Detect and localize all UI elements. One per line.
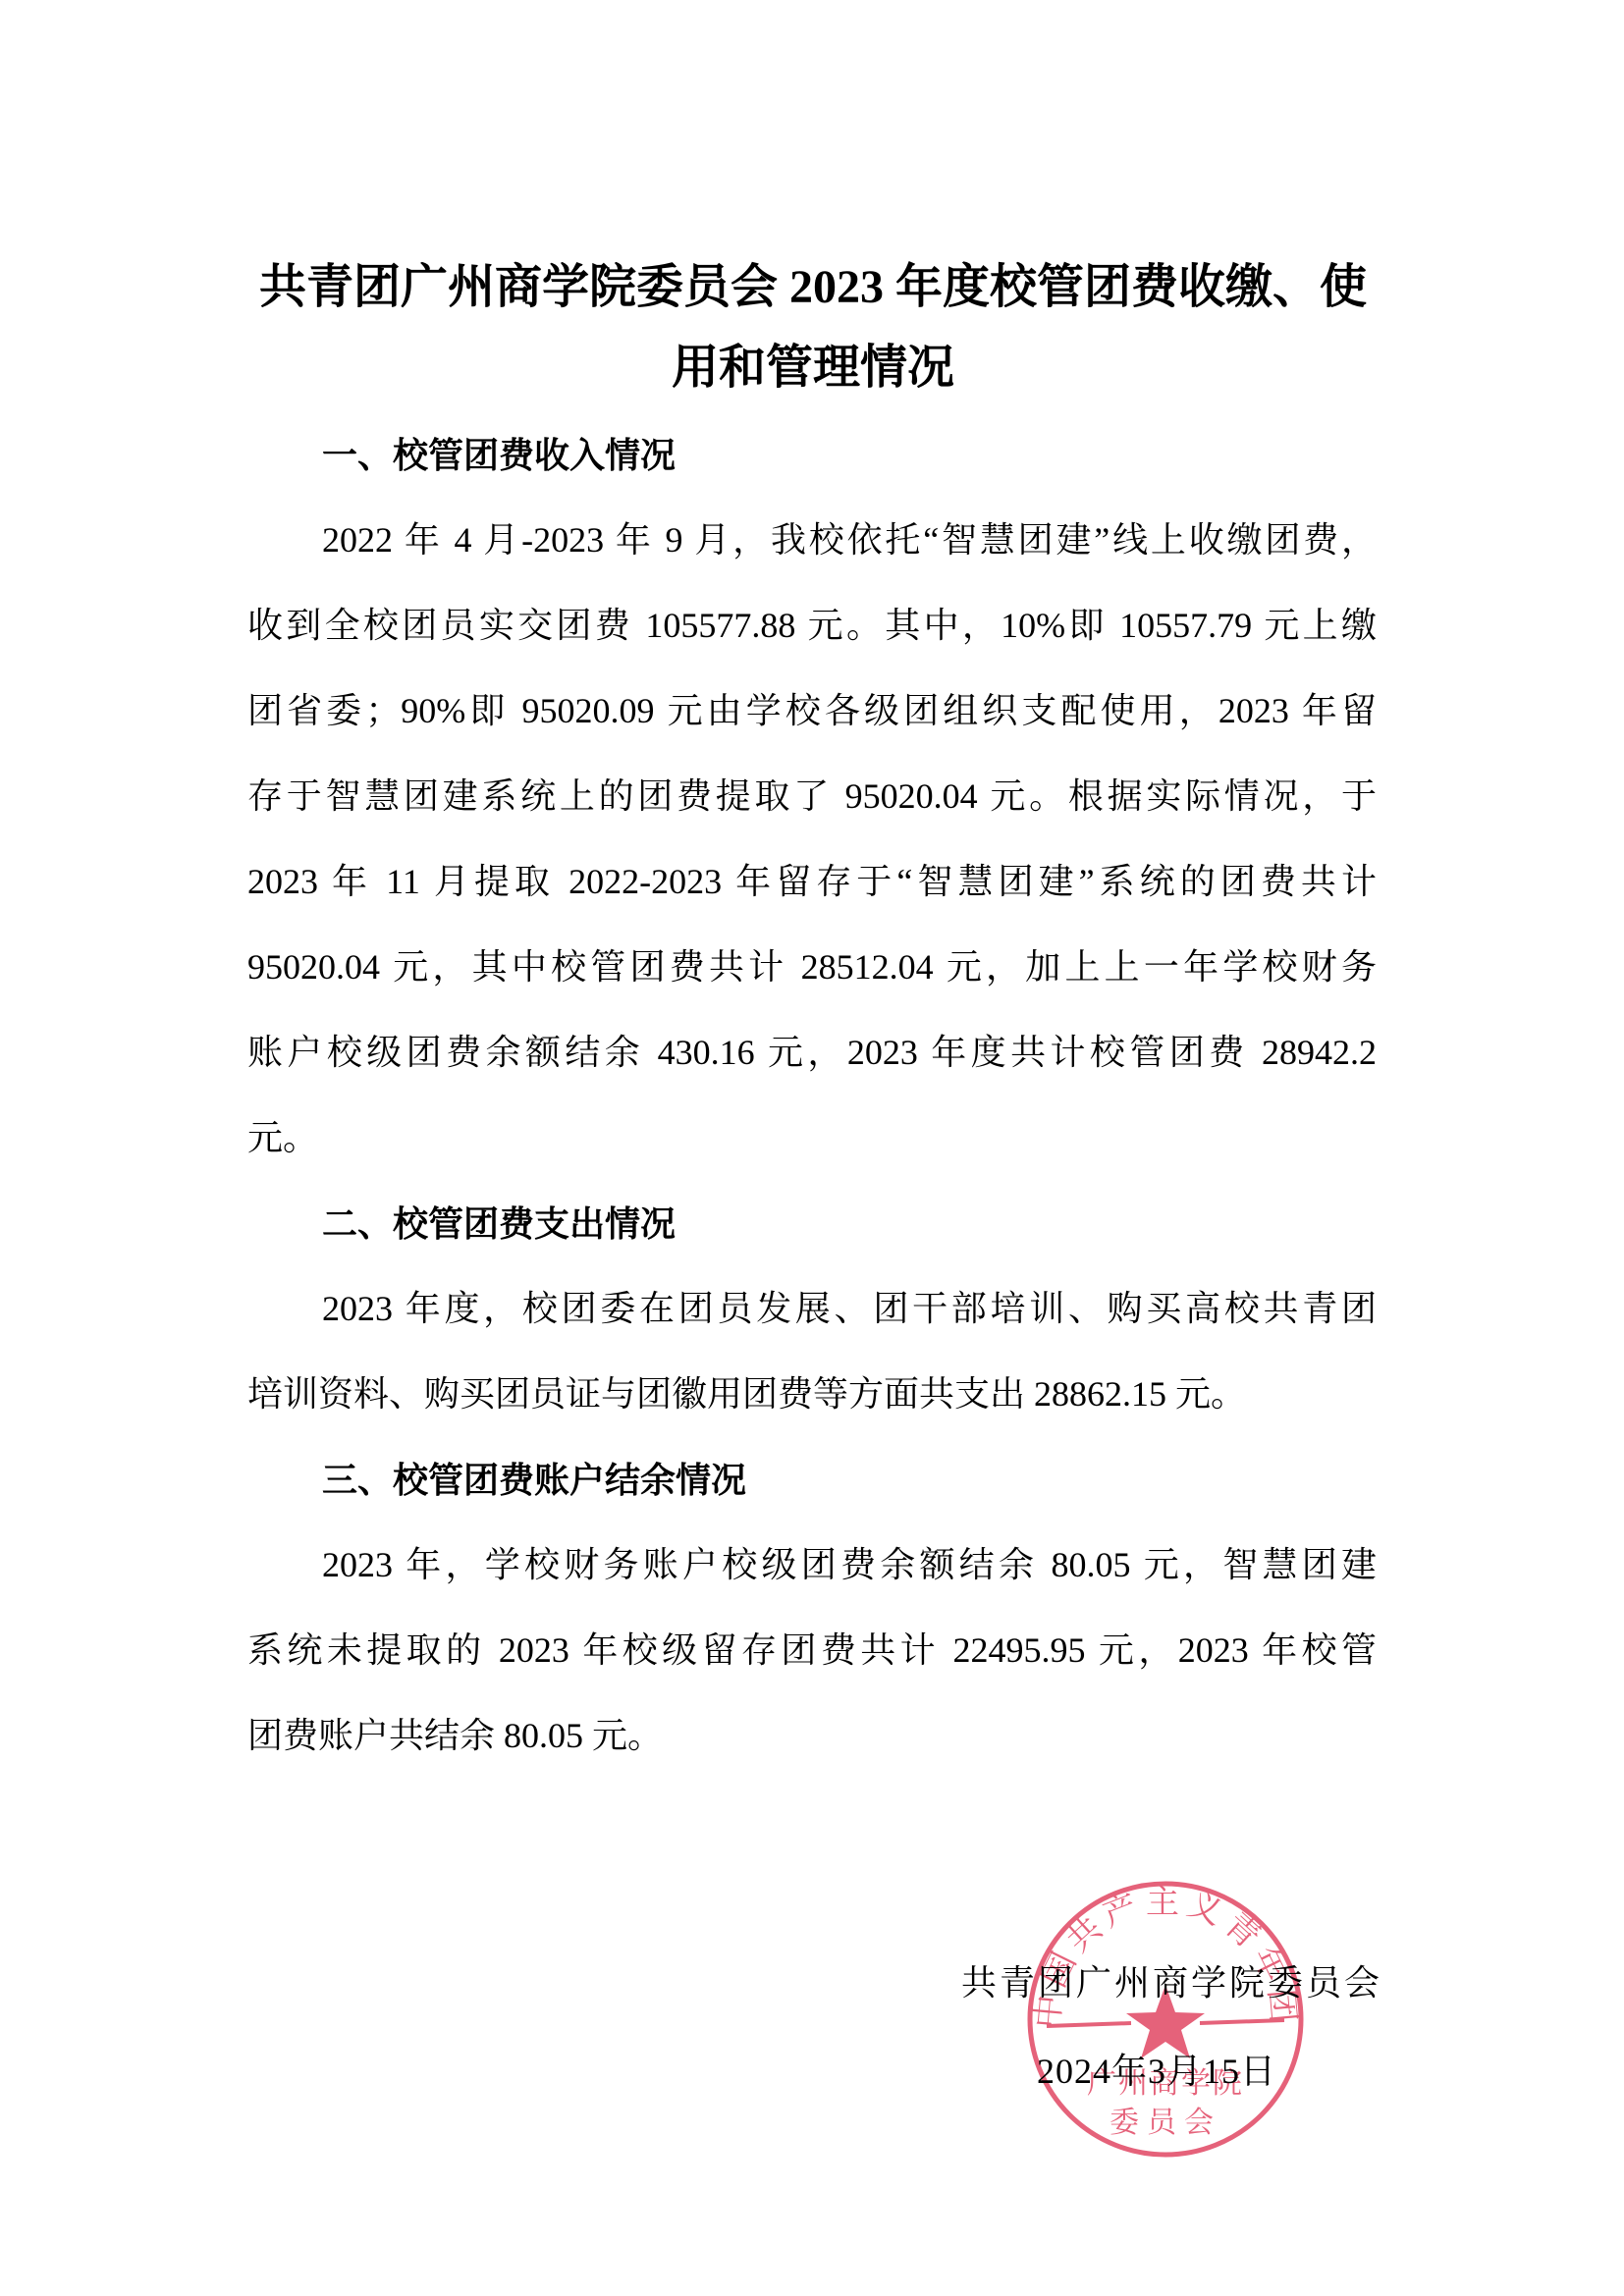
section-paragraph-expenditure: 2023 年度，校团委在团员发展、团干部培训、购买高校共青团 培训资料、购买团员…	[247, 1266, 1377, 1437]
paragraph-line: 95020.04 元，其中校管团费共计 28512.04 元，加上上一年学校财务	[247, 925, 1377, 1010]
paragraph-line: 存于智慧团建系统上的团费提取了 95020.04 元。根据实际情况，于	[247, 754, 1377, 839]
title-line-2: 用和管理情况	[247, 328, 1379, 408]
paragraph-line: 收到全校团员实交团费 105577.88 元。其中，10%即 10557.79 …	[247, 583, 1377, 668]
section-heading-expenditure: 二、校管团费支出情况	[247, 1181, 1377, 1266]
issue-date: 2024年3月15日	[1037, 2048, 1331, 2095]
paragraph-line: 团费账户共结余 80.05 元。	[247, 1693, 1377, 1779]
section-heading-income: 一、校管团费收入情况	[247, 412, 1377, 498]
document-title: 共青团广州商学院委员会 2023 年度校管团费收缴、使 用和管理情况	[247, 247, 1379, 408]
title-line-1: 共青团广州商学院委员会 2023 年度校管团费收缴、使	[247, 247, 1379, 328]
paragraph-line: 2023 年度，校团委在团员发展、团干部培训、购买高校共青团	[247, 1266, 1377, 1352]
paragraph-line: 元。	[247, 1095, 1377, 1181]
section-paragraph-balance: 2023 年，学校财务账户校级团费余额结余 80.05 元，智慧团建 系统未提取…	[247, 1522, 1377, 1779]
section-heading-balance: 三、校管团费账户结余情况	[247, 1437, 1377, 1522]
document-page: 共青团广州商学院委员会 2023 年度校管团费收缴、使 用和管理情况 一、校管团…	[0, 0, 1624, 2296]
paragraph-line: 账户校级团费余额结余 430.16 元，2023 年度共计校管团费 28942.…	[247, 1010, 1377, 1095]
section-paragraph-income: 2022 年 4 月-2023 年 9 月，我校依托“智慧团建”线上收缴团费， …	[247, 498, 1377, 1181]
paragraph-line: 2022 年 4 月-2023 年 9 月，我校依托“智慧团建”线上收缴团费，	[247, 498, 1377, 583]
paragraph-line: 2023 年 11 月提取 2022-2023 年留存于“智慧团建”系统的团费共…	[247, 839, 1377, 925]
document-body: 一、校管团费收入情况 2022 年 4 月-2023 年 9 月，我校依托“智慧…	[247, 412, 1377, 1779]
paragraph-line: 团省委；90%即 95020.09 元由学校各级团组织支配使用，2023 年留	[247, 668, 1377, 754]
seal-text-line-2: 委员会	[1110, 2107, 1221, 2139]
paragraph-line: 2023 年，学校财务账户校级团费余额结余 80.05 元，智慧团建	[247, 1522, 1377, 1608]
paragraph-line: 培训资料、购买团员证与团徽用团费等方面共支出 28862.15 元。	[247, 1352, 1377, 1437]
issuer-signature: 共青团广州商学院委员会	[960, 1959, 1382, 2006]
paragraph-line: 系统未提取的 2023 年校级留存团费共计 22495.95 元，2023 年校…	[247, 1608, 1377, 1693]
official-seal-icon: 中国共产主义青年团 广州商学院 委员会	[1025, 1879, 1306, 2160]
